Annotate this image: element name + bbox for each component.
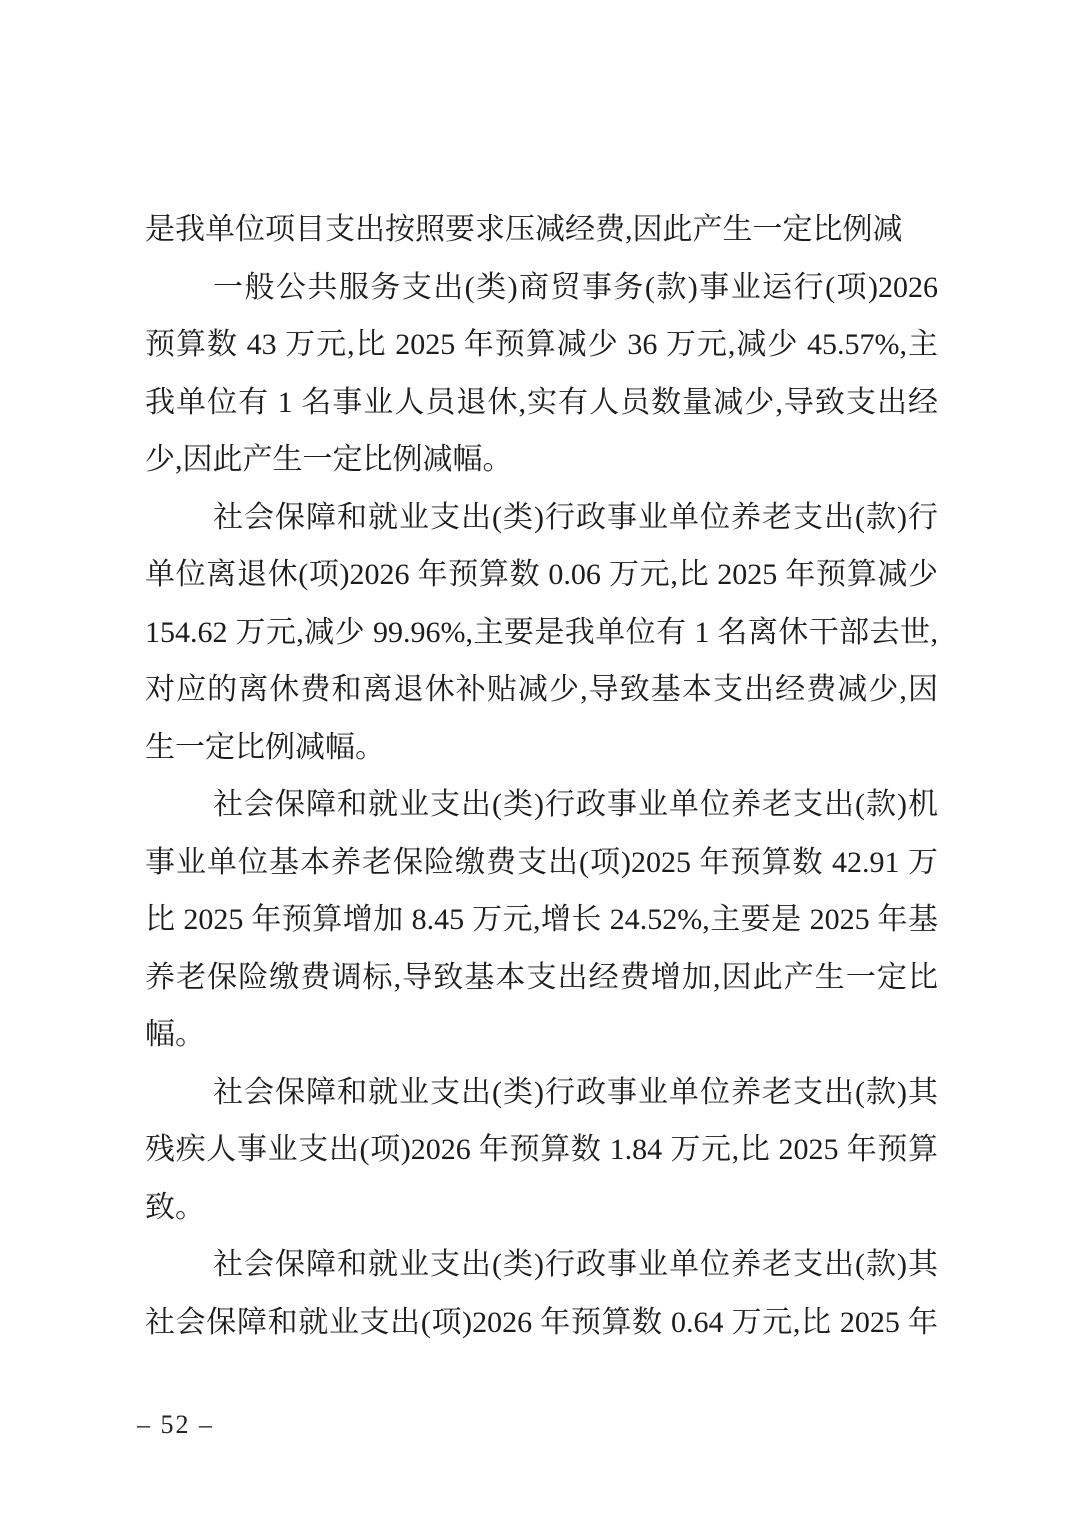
text-line: 幅。 <box>145 1006 938 1064</box>
page-number: – 52 – <box>137 1406 214 1444</box>
document-body: 是我单位项目支出按照要求压减经费,因此产生一定比例减幅。一般公共服务支出(类)商… <box>145 201 938 1351</box>
text-line: 比 2025 年预算增加 8.45 万元,增长 24.52%,主要是 2025 … <box>145 891 938 949</box>
text-line: 社会保障和就业支出(类)行政事业单位养老支出(款)其他 <box>145 1236 938 1294</box>
text-line: 一般公共服务支出(类)商贸事务(款)事业运行(项)2026 年 <box>145 259 938 317</box>
text-line: 社会保障和就业支出(类)行政事业单位养老支出(款)机关 <box>145 776 938 834</box>
text-line: 养老保险缴费调标,导致基本支出经费增加,因此产生一定比例增 <box>145 949 938 1007</box>
text-line: 对应的离休费和离退休补贴减少,导致基本支出经费减少,因此产 <box>145 661 938 719</box>
text-line: 残疾人事业支出(项)2026 年预算数 1.84 万元,比 2025 年预算一 <box>145 1121 938 1179</box>
text-line: 我单位有 1 名事业人员退休,实有人员数量减少,导致支出经费减 <box>145 374 938 432</box>
text-line: 154.62 万元,减少 99.96%,主要是我单位有 1 名离休干部去世,相 <box>145 604 938 662</box>
text-line: 是我单位项目支出按照要求压减经费,因此产生一定比例减幅。 <box>145 201 938 259</box>
text-line: 事业单位基本养老保险缴费支出(项)2025 年预算数 42.91 万元, <box>145 834 938 892</box>
text-line: 预算数 43 万元,比 2025 年预算减少 36 万元,减少 45.57%,主… <box>145 316 938 374</box>
text-line: 社会保障和就业支出(类)行政事业单位养老支出(款)行政 <box>145 489 938 547</box>
text-line: 生一定比例减幅。 <box>145 719 938 777</box>
text-line: 社会保障和就业支出(类)行政事业单位养老支出(款)其他 <box>145 1064 938 1122</box>
text-line: 致。 <box>145 1179 938 1237</box>
document-page: 是我单位项目支出按照要求压减经费,因此产生一定比例减幅。一般公共服务支出(类)商… <box>0 0 1074 1520</box>
text-line: 少,因此产生一定比例减幅。 <box>145 431 938 489</box>
text-line: 单位离退休(项)2026 年预算数 0.06 万元,比 2025 年预算减少 <box>145 546 938 604</box>
text-line: 社会保障和就业支出(项)2026 年预算数 0.64 万元,比 2025 年预 <box>145 1294 938 1352</box>
